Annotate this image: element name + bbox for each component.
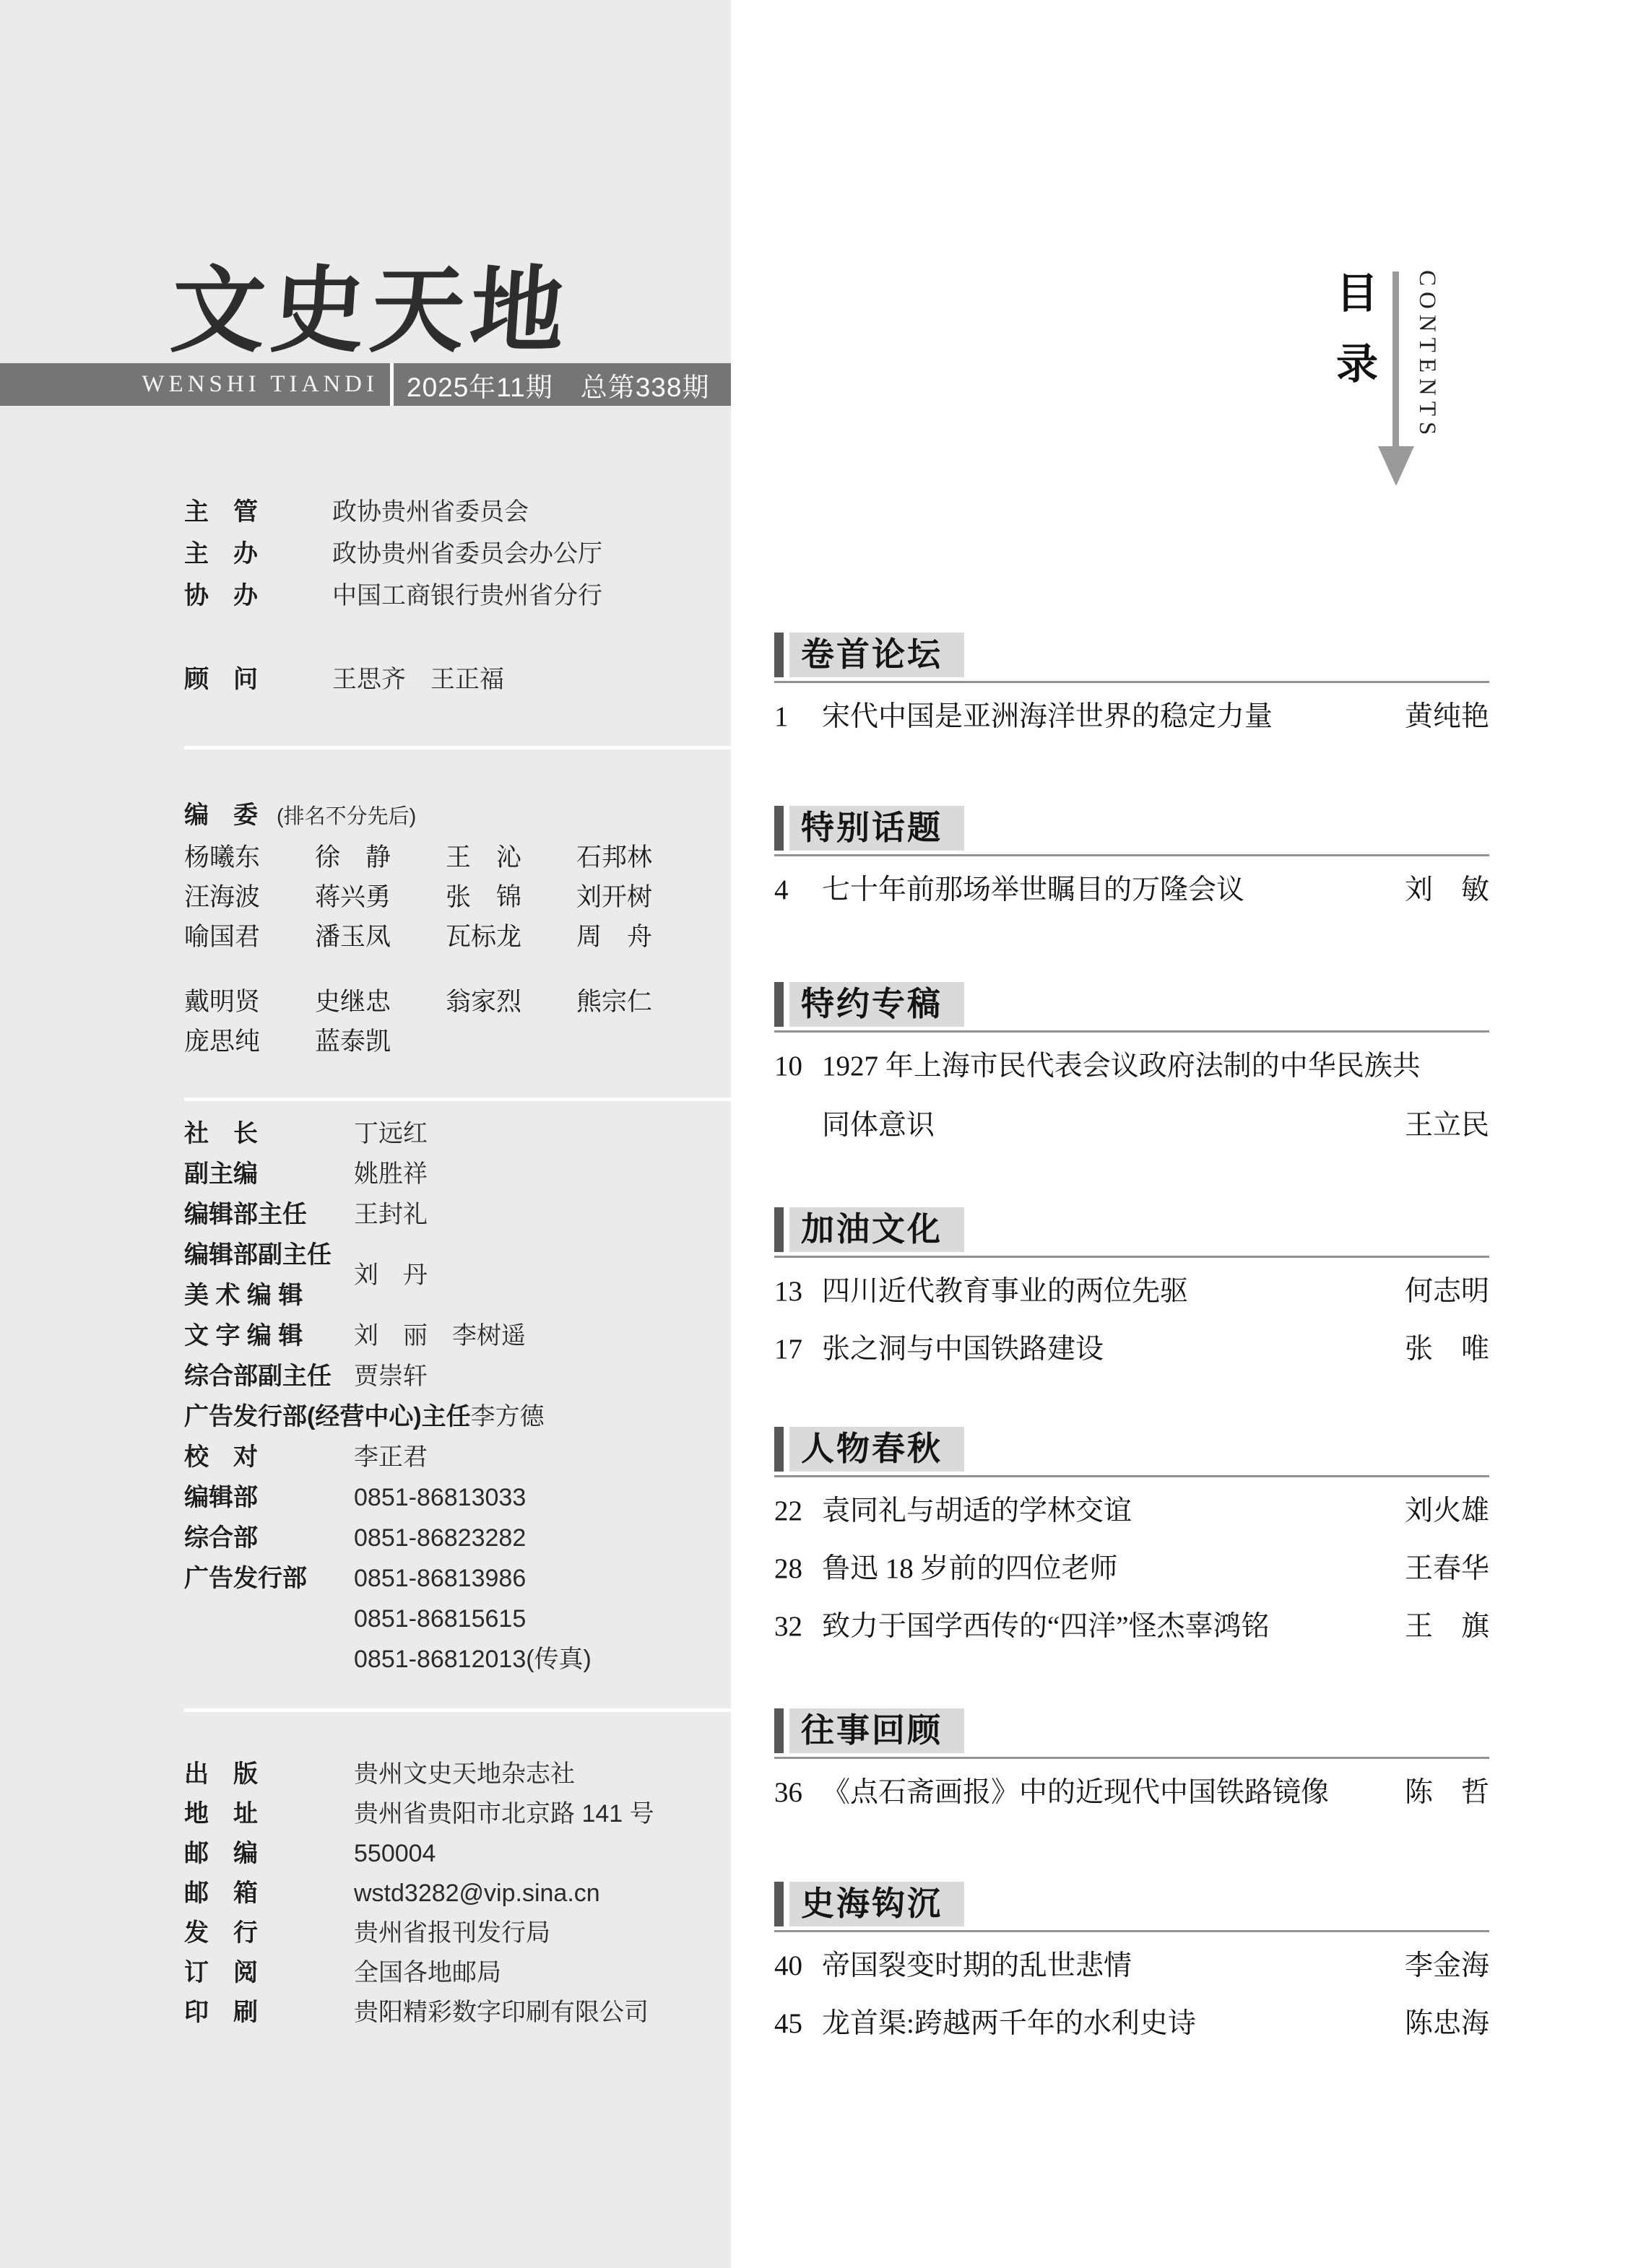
row-value: wstd3282@vip.sina.cn xyxy=(354,1874,600,1913)
board-member-name: 史继忠 xyxy=(315,982,446,1022)
toc-item-title: 帝国裂变时期的乱世悲情 xyxy=(822,1947,1390,1986)
board-member-name: 徐 静 xyxy=(315,838,446,877)
toc-item-continuation: 同体意识 王立民 xyxy=(774,1106,1489,1145)
masthead-row: 协 办 中国工商银行贵州省分行 xyxy=(184,575,711,617)
toc-item-page: 32 xyxy=(774,1607,822,1646)
toc-item-page: 4 xyxy=(774,871,822,910)
section-header-bar xyxy=(774,1427,784,1472)
board-member-name: 喻国君 xyxy=(184,917,315,957)
section-header: 史海钩沉 xyxy=(774,1882,1489,1926)
phone-number: 0851-86815615 xyxy=(354,1599,526,1639)
contents-title-cn: 目 录 xyxy=(1335,273,1379,386)
masthead-row: 出 版 贵州文史天地杂志社 xyxy=(184,1755,711,1794)
section-header: 特别话题 xyxy=(774,806,1489,851)
row-label: 邮 编 xyxy=(184,1834,354,1874)
row-value: 贵州省贵阳市北京路 141 号 xyxy=(354,1794,654,1834)
masthead-row: 副主编 姚胜祥 xyxy=(184,1154,711,1194)
row-value: 贾崇轩 xyxy=(354,1356,428,1396)
masthead-row: 主 管 政协贵州省委员会 xyxy=(184,491,711,533)
section-rule xyxy=(774,1930,1489,1932)
row-label: 印 刷 xyxy=(184,1993,354,2033)
toc-item: 40 帝国裂变时期的乱世悲情 李金海 xyxy=(774,1947,1489,1986)
board-member-name: 瓦标龙 xyxy=(446,917,576,957)
board-member-name: 蒋兴勇 xyxy=(315,877,446,917)
toc-item-title: 1927 年上海市民代表会议政府法制的中华民族共 xyxy=(822,1047,1489,1086)
row-label: 综合部副主任 xyxy=(184,1356,354,1396)
section-header-label: 往事回顾 xyxy=(789,1708,964,1753)
toc-item-author: 王立民 xyxy=(1405,1106,1489,1145)
masthead-row: 广告发行部(经营中心)主任 李方德 xyxy=(184,1396,711,1437)
row-label: 广告发行部(经营中心)主任 xyxy=(184,1396,471,1437)
section-header-bar xyxy=(774,806,784,851)
board-member-name: 张 锦 xyxy=(446,877,576,917)
toc-item-page: 36 xyxy=(774,1773,822,1812)
row-value: 李方德 xyxy=(471,1396,545,1437)
section-header-bar xyxy=(774,982,784,1027)
row-value: 刘 丽 李树遥 xyxy=(354,1316,526,1356)
board-member-name: 熊宗仁 xyxy=(576,982,707,1022)
contents-title-char: 录 xyxy=(1335,344,1379,386)
board-member-name: 翁家烈 xyxy=(446,982,576,1022)
staff-block: 社 长 丁远红 副主编 姚胜祥 编辑部主任 王封礼 编辑部副主任 美 术 编 辑… xyxy=(184,1113,711,1680)
row-label: 广告发行部 xyxy=(184,1558,354,1599)
section-header: 往事回顾 xyxy=(774,1708,1489,1753)
section-header-label: 人物春秋 xyxy=(789,1427,964,1472)
section-header-bar xyxy=(774,633,784,677)
editorial-board-block: 编 委(排名不分先后) 杨曦东 徐 静 王 沁 石邦林 汪海波 蒋兴勇 张 锦 … xyxy=(184,793,711,1061)
toc-item-title: 张之洞与中国铁路建设 xyxy=(822,1330,1390,1369)
toc-item-title: 同体意识 xyxy=(822,1106,1390,1145)
board-member-name: 蓝泰凯 xyxy=(315,1022,446,1061)
toc-item-title: 《点石斋画报》中的近现代中国铁路镜像 xyxy=(822,1773,1390,1812)
toc-item-title: 鲁迅 18 岁前的四位老师 xyxy=(822,1550,1390,1589)
phone-row: 0851-86812013(传真) xyxy=(184,1639,711,1680)
issue-info: 2025年11期 总第338期 xyxy=(394,365,731,404)
magazine-logo: 文史天地 xyxy=(167,235,575,370)
toc-item: 28 鲁迅 18 岁前的四位老师 王春华 xyxy=(774,1550,1489,1589)
toc-item: 1 宋代中国是亚洲海洋世界的稳定力量 黄纯艳 xyxy=(774,698,1489,737)
section-rule xyxy=(774,854,1489,856)
section-rule xyxy=(774,681,1489,683)
phone-number: 0851-86823282 xyxy=(354,1518,526,1558)
toc-item: 22 袁同礼与胡适的学林交谊 刘火雄 xyxy=(774,1492,1489,1531)
board-names-group1: 杨曦东 徐 静 王 沁 石邦林 汪海波 蒋兴勇 张 锦 刘开树 喻国君 潘玉凤 … xyxy=(184,838,711,957)
masthead-row: 校 对 李正君 xyxy=(184,1437,711,1477)
toc-section: 特别话题 4 七十年前那场举世瞩目的万隆会议 刘 敏 xyxy=(774,806,1489,910)
row-label: 社 长 xyxy=(184,1113,354,1154)
toc-item: 32 致力于国学西传的“四洋”怪杰辜鸿铭 王 旗 xyxy=(774,1607,1489,1646)
masthead-row: 地 址 贵州省贵阳市北京路 141 号 xyxy=(184,1794,711,1834)
row-label: 校 对 xyxy=(184,1437,354,1477)
section-header: 卷首论坛 xyxy=(774,633,1489,677)
toc-item-author: 何志明 xyxy=(1405,1272,1489,1311)
row-value: 政协贵州省委员会办公厅 xyxy=(332,533,602,575)
toc-item-page: 40 xyxy=(774,1947,822,1986)
magazine-romanized-name: WENSHI TIANDI xyxy=(0,371,390,398)
phone-row: 0851-86815615 xyxy=(184,1599,711,1639)
section-rule xyxy=(774,1256,1489,1258)
row-label: 综合部 xyxy=(184,1518,354,1558)
row-value: 550004 xyxy=(354,1834,436,1874)
row-value: 贵州文史天地杂志社 xyxy=(354,1755,575,1794)
section-rule xyxy=(774,1757,1489,1759)
masthead-row: 综合部副主任 贾崇轩 xyxy=(184,1356,711,1396)
row-value: 姚胜祥 xyxy=(354,1154,428,1194)
toc-item-title: 宋代中国是亚洲海洋世界的稳定力量 xyxy=(822,698,1390,737)
toc-item-page: 13 xyxy=(774,1272,822,1311)
toc-item-page: 17 xyxy=(774,1330,822,1369)
toc-item-page: 1 xyxy=(774,698,822,737)
row-label: 协 办 xyxy=(184,575,332,617)
row-label: 顾 问 xyxy=(184,659,332,700)
section-header-label: 卷首论坛 xyxy=(789,633,964,677)
block-divider xyxy=(184,1708,731,1712)
toc-item-author: 黄纯艳 xyxy=(1405,698,1489,737)
section-header-label: 加油文化 xyxy=(789,1207,964,1252)
contents-title-en: CONTENTS xyxy=(1413,270,1440,440)
board-member-name: 周 舟 xyxy=(576,917,707,957)
contents-arrow-head-icon xyxy=(1378,446,1414,486)
toc-item: 13 四川近代教育事业的两位先驱 何志明 xyxy=(774,1272,1489,1311)
toc-item: 45 龙首渠:跨越两千年的水利史诗 陈忠海 xyxy=(774,2004,1489,2043)
toc-item-page: 45 xyxy=(774,2004,822,2043)
masthead-row: 主 办 政协贵州省委员会办公厅 xyxy=(184,533,711,575)
toc-section: 往事回顾 36 《点石斋画报》中的近现代中国铁路镜像 陈 哲 xyxy=(774,1708,1489,1812)
row-value: 李正君 xyxy=(354,1437,428,1477)
section-header-bar xyxy=(774,1882,784,1926)
toc-item: 10 1927 年上海市民代表会议政府法制的中华民族共 xyxy=(774,1047,1489,1086)
row-value: 王封礼 xyxy=(354,1194,428,1235)
board-member-name: 王 沁 xyxy=(446,838,576,877)
toc-item-page: 28 xyxy=(774,1550,822,1589)
masthead-row: 订 阅 全国各地邮局 xyxy=(184,1953,711,1993)
toc-item-title: 七十年前那场举世瞩目的万隆会议 xyxy=(822,871,1390,910)
board-member-name: 汪海波 xyxy=(184,877,315,917)
masthead-row: 编辑部主任 王封礼 xyxy=(184,1194,711,1235)
section-rule xyxy=(774,1030,1489,1033)
row-label: 主 管 xyxy=(184,491,332,533)
section-header: 加油文化 xyxy=(774,1207,1489,1252)
row-label: 编辑部 xyxy=(184,1477,354,1518)
row-label: 邮 箱 xyxy=(184,1874,354,1913)
section-header-label: 史海钩沉 xyxy=(789,1882,964,1926)
row-label: 发 行 xyxy=(184,1913,354,1953)
issue-band: WENSHI TIANDI 2025年11期 总第338期 xyxy=(0,363,731,406)
row-value: 中国工商银行贵州省分行 xyxy=(332,575,602,617)
row-value: 全国各地邮局 xyxy=(354,1953,501,1993)
board-member-name: 刘开树 xyxy=(576,877,707,917)
row-value: 贵阳精彩数字印刷有限公司 xyxy=(354,1993,649,2033)
row-value: 刘 丹 xyxy=(354,1235,428,1316)
phone-number: 0851-86813033 xyxy=(354,1477,526,1518)
board-member-name: 杨曦东 xyxy=(184,838,315,877)
row-value: 丁远红 xyxy=(354,1113,428,1154)
toc-item-author: 刘火雄 xyxy=(1405,1492,1489,1531)
phone-row: 广告发行部 0851-86813986 xyxy=(184,1558,711,1599)
toc-section: 加油文化 13 四川近代教育事业的两位先驱 何志明 17 张之洞与中国铁路建设 … xyxy=(774,1207,1489,1369)
board-note: (排名不分先后) xyxy=(277,805,416,828)
row-value: 王思齐 王正福 xyxy=(332,659,504,700)
editorial-board-label: 编 委 xyxy=(184,801,258,829)
toc-item-title: 袁同礼与胡适的学林交谊 xyxy=(822,1492,1390,1531)
row-label: 地 址 xyxy=(184,1794,354,1834)
phone-number: 0851-86812013(传真) xyxy=(354,1639,592,1680)
toc-item-title: 致力于国学西传的“四洋”怪杰辜鸿铭 xyxy=(822,1607,1390,1646)
block-divider xyxy=(184,746,731,750)
row-value: 政协贵州省委员会 xyxy=(332,491,529,533)
toc-section: 卷首论坛 1 宋代中国是亚洲海洋世界的稳定力量 黄纯艳 xyxy=(774,633,1489,737)
toc-section: 特约专稿 10 1927 年上海市民代表会议政府法制的中华民族共 同体意识 王立… xyxy=(774,982,1489,1145)
supervision-block: 主 管 政协贵州省委员会 主 办 政协贵州省委员会办公厅 协 办 中国工商银行贵… xyxy=(184,491,711,700)
section-header-bar xyxy=(774,1207,784,1252)
row-label: 编辑部主任 xyxy=(184,1194,354,1235)
row-label: 文 字 编 辑 xyxy=(184,1316,354,1356)
row-label: 美 术 编 辑 xyxy=(184,1275,354,1316)
masthead-row: 文 字 编 辑 刘 丽 李树遥 xyxy=(184,1316,711,1356)
toc-item: 36 《点石斋画报》中的近现代中国铁路镜像 陈 哲 xyxy=(774,1773,1489,1812)
toc-section: 史海钩沉 40 帝国裂变时期的乱世悲情 李金海 45 龙首渠:跨越两千年的水利史… xyxy=(774,1882,1489,2043)
toc-item-author: 刘 敏 xyxy=(1405,871,1489,910)
section-rule xyxy=(774,1475,1489,1477)
toc-item: 17 张之洞与中国铁路建设 张 唯 xyxy=(774,1330,1489,1369)
board-names-group2: 戴明贤 史继忠 翁家烈 熊宗仁 庞思纯 蓝泰凯 xyxy=(184,982,711,1061)
section-header: 特约专稿 xyxy=(774,982,1489,1027)
toc-item-page: 22 xyxy=(774,1492,822,1531)
phone-row: 编辑部 0851-86813033 xyxy=(184,1477,711,1518)
row-label: 主 办 xyxy=(184,533,332,575)
board-member-name: 庞思纯 xyxy=(184,1022,315,1061)
section-header: 人物春秋 xyxy=(774,1427,1489,1472)
masthead-row: 发 行 贵州省报刊发行局 xyxy=(184,1913,711,1953)
toc-item-author: 陈忠海 xyxy=(1405,2004,1489,2043)
section-header-label: 特约专稿 xyxy=(789,982,964,1027)
magazine-contents-page: 文史天地 WENSHI TIANDI 2025年11期 总第338期 主 管 政… xyxy=(0,0,1646,2268)
board-member-name: 戴明贤 xyxy=(184,982,315,1022)
toc-item-author: 王春华 xyxy=(1405,1550,1489,1589)
row-label: 出 版 xyxy=(184,1755,354,1794)
row-label: 副主编 xyxy=(184,1154,354,1194)
toc-item-author: 王 旗 xyxy=(1405,1607,1489,1646)
block-divider xyxy=(184,1098,731,1101)
phone-row: 综合部 0851-86823282 xyxy=(184,1518,711,1558)
board-member-name: 潘玉凤 xyxy=(315,917,446,957)
section-header-bar xyxy=(774,1708,784,1753)
contents-title-char: 目 xyxy=(1335,273,1379,315)
row-value: 贵州省报刊发行局 xyxy=(354,1913,550,1953)
dual-role-labels: 编辑部副主任 美 术 编 辑 xyxy=(184,1235,354,1316)
row-label: 编辑部副主任 xyxy=(184,1235,354,1275)
board-member-name: 石邦林 xyxy=(576,838,707,877)
editorial-board-header: 编 委(排名不分先后) xyxy=(184,793,711,838)
masthead-row: 社 长 丁远红 xyxy=(184,1113,711,1154)
phone-number: 0851-86813986 xyxy=(354,1558,526,1599)
section-header-label: 特别话题 xyxy=(789,806,964,851)
toc-item-page: 10 xyxy=(774,1047,822,1086)
dual-role-row: 编辑部副主任 美 术 编 辑 刘 丹 xyxy=(184,1235,711,1316)
toc-section: 人物春秋 22 袁同礼与胡适的学林交谊 刘火雄 28 鲁迅 18 岁前的四位老师… xyxy=(774,1427,1489,1646)
toc-item-author: 张 唯 xyxy=(1405,1330,1489,1369)
row-label: 订 阅 xyxy=(184,1953,354,1993)
toc-item: 4 七十年前那场举世瞩目的万隆会议 刘 敏 xyxy=(774,871,1489,910)
masthead-row: 印 刷 贵阳精彩数字印刷有限公司 xyxy=(184,1993,711,2033)
toc-item-author: 陈 哲 xyxy=(1405,1773,1489,1812)
masthead-row: 邮 编 550004 xyxy=(184,1834,711,1874)
toc-item-title: 四川近代教育事业的两位先驱 xyxy=(822,1272,1390,1311)
masthead-panel: 文史天地 WENSHI TIANDI 2025年11期 总第338期 主 管 政… xyxy=(0,0,731,2268)
toc-item-author: 李金海 xyxy=(1405,1947,1489,1986)
contents-arrow-shaft xyxy=(1392,271,1399,446)
masthead-row: 顾 问 王思齐 王正福 xyxy=(184,659,711,700)
publication-block: 出 版 贵州文史天地杂志社 地 址 贵州省贵阳市北京路 141 号 邮 编 55… xyxy=(184,1755,711,2033)
masthead-row: 邮 箱 wstd3282@vip.sina.cn xyxy=(184,1874,711,1913)
toc-item-title: 龙首渠:跨越两千年的水利史诗 xyxy=(822,2004,1390,2043)
